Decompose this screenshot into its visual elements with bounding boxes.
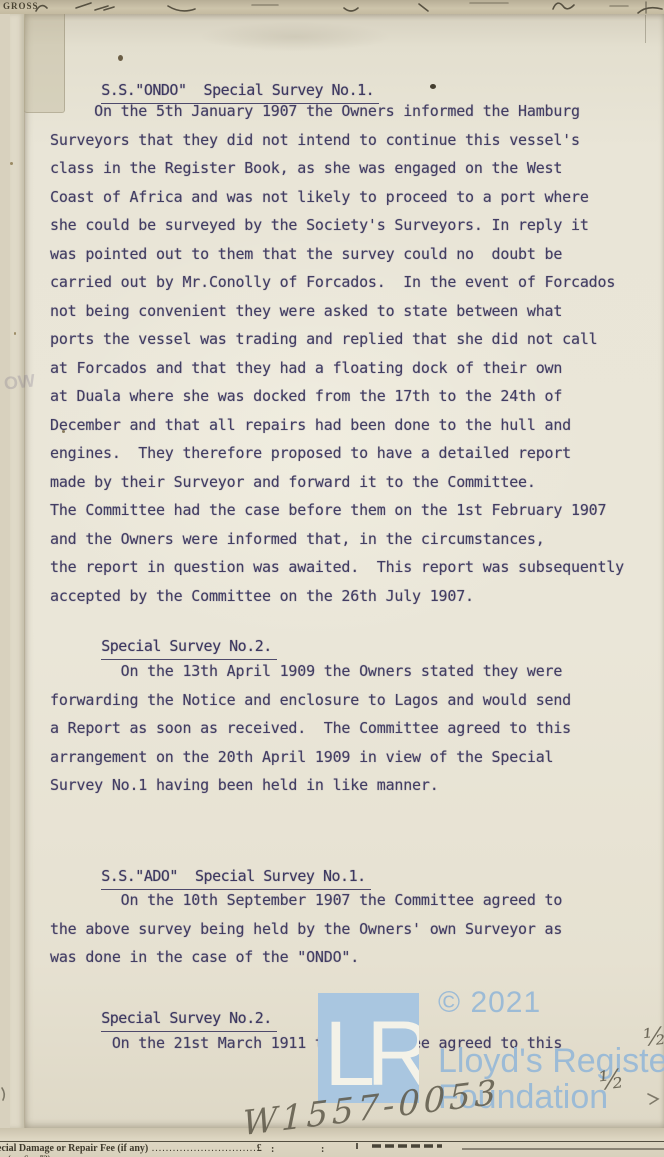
- typed-line: On the 5th January 1907 the Owners infor…: [50, 97, 650, 126]
- paper-speck: [118, 55, 123, 61]
- typed-line: December and that all repairs had been d…: [50, 411, 650, 440]
- paragraph-ondo-survey2: On the 13th April 1909 the Owners stated…: [50, 657, 650, 800]
- scanned-document: GROSS ecial Damage or Repair Fee (if any…: [0, 0, 664, 1157]
- typed-line: engines. They therefore proposed to have…: [50, 439, 650, 468]
- underlying-form-bottom-edge: ecial Damage or Repair Fee (if any) ....…: [0, 1128, 664, 1157]
- page-edge-tab: [24, 14, 65, 113]
- typed-line: On the 13th April 1909 the Owners stated…: [50, 657, 650, 686]
- paper-smudge: [200, 22, 390, 52]
- typed-line: Surveyors that they did not intend to co…: [50, 126, 650, 155]
- form-entry-marks: [0, 1128, 664, 1157]
- paper-speck: [62, 430, 65, 433]
- typed-line: ports the vessel was trading and replied…: [50, 325, 650, 354]
- typed-page: S.S."ONDO" Special Survey No.1. On the 5…: [24, 14, 664, 1128]
- typed-line: forwarding the Notice and enclosure to L…: [50, 686, 650, 715]
- paper-speck: [430, 84, 436, 89]
- paragraph-ado-survey1: On the 10th September 1907 the Committee…: [50, 886, 650, 972]
- typed-line: a Report as soon as received. The Commit…: [50, 714, 650, 743]
- typed-line: The Committee had the case before them o…: [50, 496, 650, 525]
- typed-line: was pointed out to them that the survey …: [50, 240, 650, 269]
- typed-line: accepted by the Committee on the 26th Ju…: [50, 582, 650, 611]
- paragraphs-ondo-survey1: On the 5th January 1907 the Owners infor…: [50, 97, 650, 610]
- typed-line: and the Owners were informed that, in th…: [50, 525, 650, 554]
- paper-speck: [14, 332, 16, 335]
- typed-line: On the 21st March 1911 the Committee agr…: [50, 1029, 650, 1058]
- typed-line: Coast of Africa and was not likely to pr…: [50, 183, 650, 212]
- typed-line: not being convenient they were asked to …: [50, 297, 650, 326]
- paper-crease: [645, 15, 646, 43]
- typed-line: was done in the case of the "ONDO".: [50, 943, 650, 972]
- typed-line: class in the Register Book, as she was e…: [50, 154, 650, 183]
- typed-line: made by their Surveyor and forward it to…: [50, 468, 650, 497]
- bleedthrough-text: OW: [3, 370, 36, 394]
- typed-line: On the 10th September 1907 the Committee…: [50, 886, 650, 915]
- typed-line: the above survey being held by the Owner…: [50, 915, 650, 944]
- paragraph-ado-survey2: On the 21st March 1911 the Committee agr…: [50, 1029, 650, 1058]
- paper-speck: [10, 162, 13, 165]
- typed-line: carried out by Mr.Conolly of Forcados. I…: [50, 268, 650, 297]
- page-edge-strip-inner: [10, 14, 25, 1128]
- typed-line: she could be surveyed by the Society's S…: [50, 211, 650, 240]
- typed-line: Survey No.1 having been held in like man…: [50, 771, 650, 800]
- typed-line: arrangement on the 20th April 1909 in vi…: [50, 743, 650, 772]
- handwritten-scribbles-top: [0, 0, 664, 15]
- typed-line: the report in question was awaited. This…: [50, 553, 650, 582]
- typed-line: at Duala where she was docked from the 1…: [50, 382, 650, 411]
- typed-line: at Forcados and that they had a floating…: [50, 354, 650, 383]
